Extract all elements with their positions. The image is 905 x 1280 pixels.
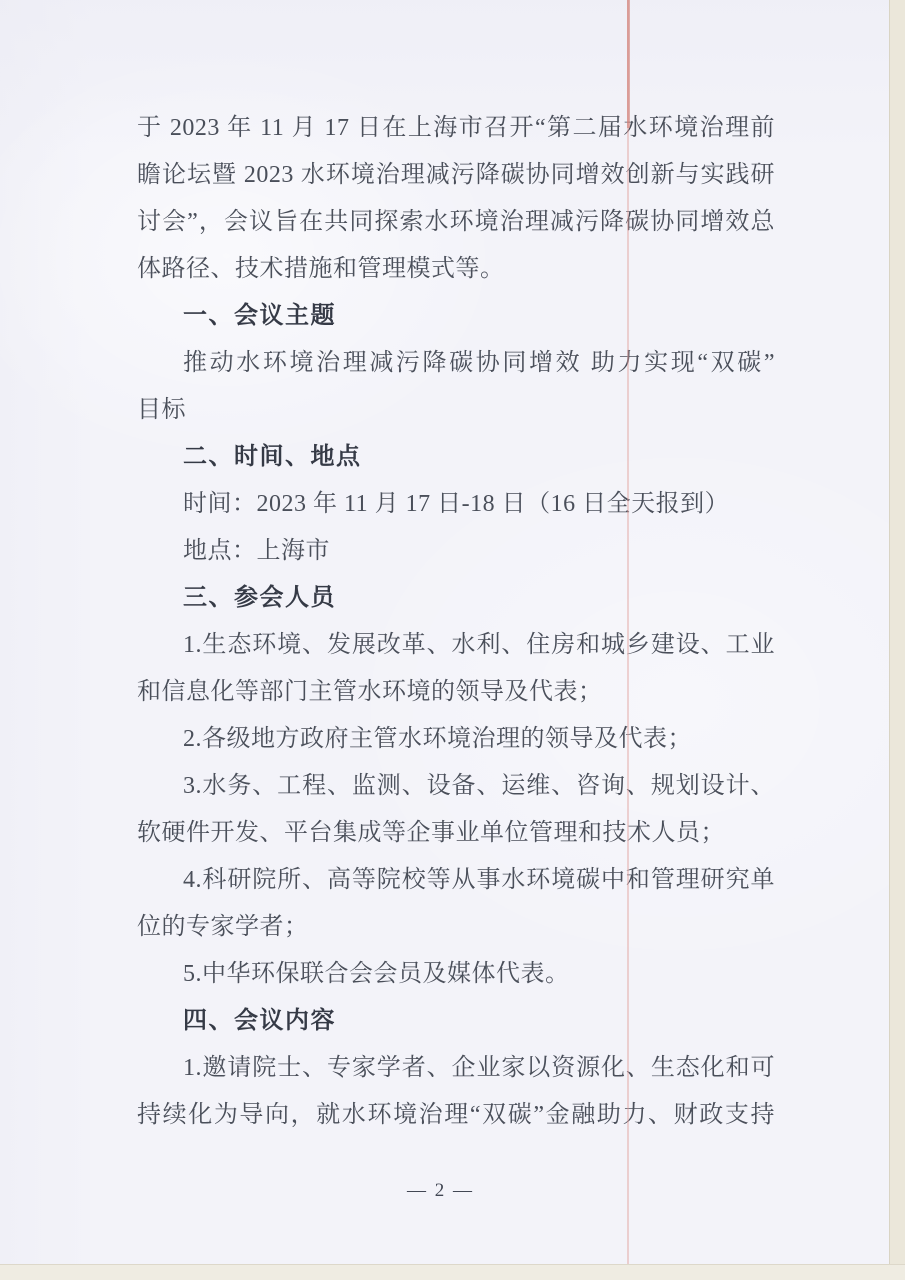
body-line: 软硬件开发、平台集成等企事业单位管理和技术人员； xyxy=(137,810,775,857)
body-line: 位的专家学者； xyxy=(137,904,775,951)
body-line: 体路径、技术措施和管理模式等。 xyxy=(137,246,775,293)
body-line: 时间：2023 年 11 月 17 日-18 日（16 日全天报到） xyxy=(137,481,775,528)
scanner-edge-bottom xyxy=(0,1264,905,1280)
body-line: 讨会”，会议旨在共同探索水环境治理减污降碳协同增效总 xyxy=(137,199,775,246)
body-line: 1.生态环境、发展改革、水利、住房和城乡建设、工业 xyxy=(137,622,775,669)
section-heading: 三、参会人员 xyxy=(137,575,775,622)
body-line: 于 2023 年 11 月 17 日在上海市召开“第二届水环境治理前 xyxy=(137,105,775,152)
scan-streak-artifact-top xyxy=(627,0,630,128)
document-body: 于 2023 年 11 月 17 日在上海市召开“第二届水环境治理前 瞻论坛暨 … xyxy=(137,105,775,1139)
body-line: 1.邀请院士、专家学者、企业家以资源化、生态化和可 xyxy=(137,1045,775,1092)
section-heading: 四、会议内容 xyxy=(137,998,775,1045)
body-line: 地点：上海市 xyxy=(137,528,775,575)
section-heading: 一、会议主题 xyxy=(137,293,775,340)
body-line: 2.各级地方政府主管水环境治理的领导及代表； xyxy=(137,716,775,763)
body-line: 目标 xyxy=(137,387,775,434)
scanned-page: 于 2023 年 11 月 17 日在上海市召开“第二届水环境治理前 瞻论坛暨 … xyxy=(0,0,905,1280)
body-line: 瞻论坛暨 2023 水环境治理减污降碳协同增效创新与实践研 xyxy=(137,152,775,199)
body-line: 推动水环境治理减污降碳协同增效 助力实现“双碳” xyxy=(137,340,775,387)
body-line: 和信息化等部门主管水环境的领导及代表； xyxy=(137,669,775,716)
section-heading: 二、时间、地点 xyxy=(137,434,775,481)
scan-streak-artifact xyxy=(627,0,629,1280)
body-line: 3.水务、工程、监测、设备、运维、咨询、规划设计、 xyxy=(137,763,775,810)
body-line: 持续化为导向，就水环境治理“双碳”金融助力、财政支持 xyxy=(137,1092,775,1139)
scanner-edge-right xyxy=(889,0,905,1280)
body-line: 5.中华环保联合会会员及媒体代表。 xyxy=(137,951,775,998)
page-number: — 2 — xyxy=(0,1176,881,1206)
body-line: 4.科研院所、高等院校等从事水环境碳中和管理研究单 xyxy=(137,857,775,904)
